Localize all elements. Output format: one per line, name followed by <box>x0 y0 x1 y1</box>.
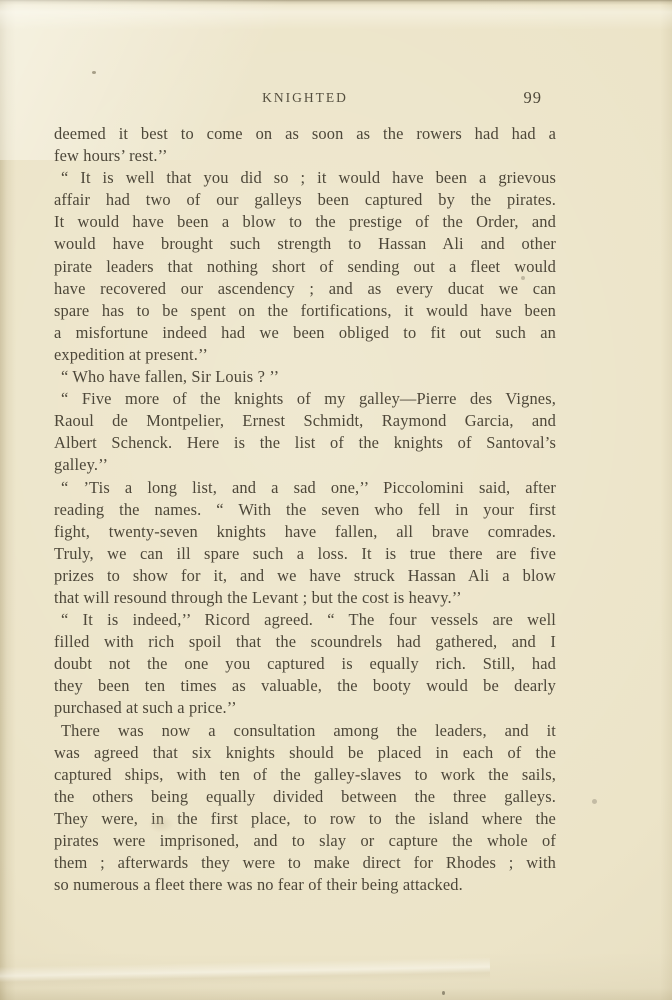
text-line: pirates were imprisoned, and to slay or … <box>54 830 556 852</box>
text-line: It would have been a blow to the prestig… <box>54 211 556 233</box>
text-line: a misfortune indeed had we been obliged … <box>54 322 556 344</box>
text-line: captured ships, with ten of the galley-s… <box>54 764 556 786</box>
text-line: purchased at such a price.’’ <box>54 697 556 719</box>
text-line: the others being equally divided between… <box>54 786 556 808</box>
text-line: “ It is well that you did so ; it would … <box>54 167 556 189</box>
text-line: “ It is indeed,’’ Ricord agreed. “ The f… <box>54 609 556 631</box>
running-head-title: KNIGHTED <box>54 88 556 106</box>
text-line: affair had two of our galleys been captu… <box>54 189 556 211</box>
text-line: prizes to show for it, and we have struc… <box>54 565 556 587</box>
paper-speck <box>92 71 96 74</box>
text-line: reading the names. “ With the seven who … <box>54 499 556 521</box>
text-line: so numerous a fleet there was no fear of… <box>54 874 556 896</box>
text-line: them ; afterwards they were to make dire… <box>54 852 556 874</box>
text-line: fight, twenty-seven knights have fallen,… <box>54 521 556 543</box>
text-line: pirate leaders that nothing short of sen… <box>54 256 556 278</box>
text-line: Raoul de Montpelier, Ernest Schmidt, Ray… <box>54 410 556 432</box>
text-line: filled with rich spoil that the scoundre… <box>54 631 556 653</box>
book-page-scan: KNIGHTED 99 deemed it best to come on as… <box>0 0 672 1000</box>
text-line: they been ten times as valuable, the boo… <box>54 675 556 697</box>
scan-streak <box>0 951 490 991</box>
paper-speck <box>442 991 445 995</box>
text-line: There was now a consultation among the l… <box>54 720 556 742</box>
text-line: expedition at present.’’ <box>54 344 556 366</box>
text-line: doubt not the one you captured is equall… <box>54 653 556 675</box>
text-line: have recovered our ascendency ; and as e… <box>54 278 556 300</box>
text-line: few hours’ rest.’’ <box>54 145 556 167</box>
text-line: deemed it best to come on as soon as the… <box>54 123 556 145</box>
text-line: Truly, we can ill spare such a loss. It … <box>54 543 556 565</box>
text-line: They were, in the first place, to row to… <box>54 808 556 830</box>
text-line: “ Who have fallen, Sir Louis ? ’’ <box>54 366 556 388</box>
text-line: “ Five more of the knights of my galley—… <box>54 388 556 410</box>
text-line: galley.’’ <box>54 454 556 476</box>
text-line: that will resound through the Levant ; b… <box>54 587 556 609</box>
page-body: deemed it best to come on as soon as the… <box>54 123 556 896</box>
text-line: would have brought such strength to Hass… <box>54 233 556 255</box>
text-line: spare has to be spent on the fortificati… <box>54 300 556 322</box>
page-number: 99 <box>524 88 543 108</box>
running-head: KNIGHTED 99 <box>54 88 556 108</box>
paper-speck <box>592 799 597 804</box>
text-line: was agreed that six knights should be pl… <box>54 742 556 764</box>
text-line: “ ’Tis a long list, and a sad one,’’ Pic… <box>54 477 556 499</box>
text-line: Albert Schenck. Here is the list of the … <box>54 432 556 454</box>
